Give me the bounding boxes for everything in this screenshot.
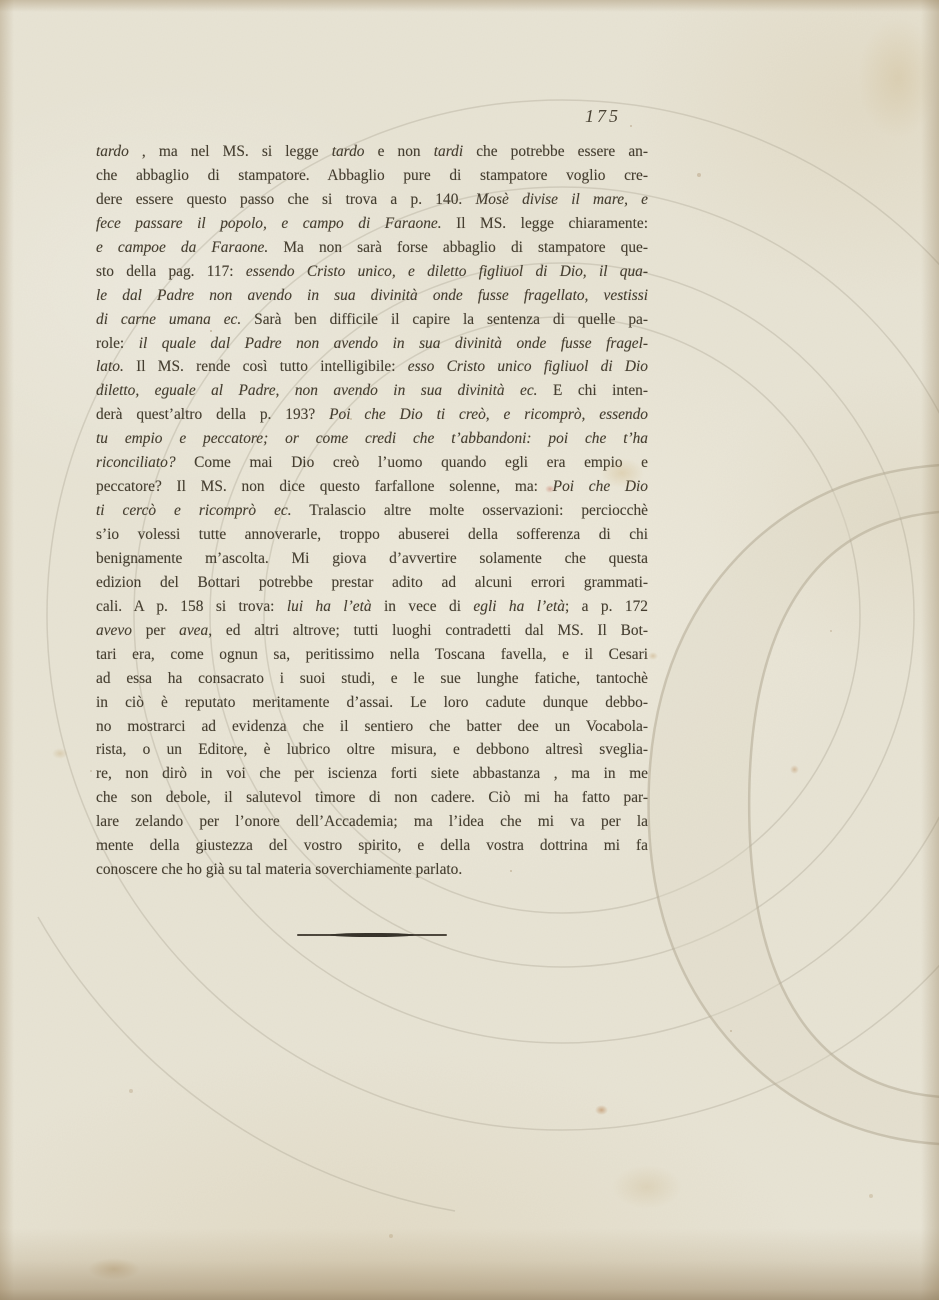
text-line: s’io volessi tutte annoverarle, troppo a… — [96, 523, 648, 547]
text-line: derà quest’altro della p. 193? Poi che D… — [96, 403, 648, 427]
foxing-specks — [210, 330, 212, 332]
paper-edge-bottom — [0, 1228, 939, 1300]
text-line: ad essa ha consacrato i suoi studi, e le… — [96, 667, 648, 691]
text-line: edizion del Bottari potrebbe prestar adi… — [96, 571, 648, 595]
stain — [612, 1165, 682, 1209]
text-line: benignamente m’ascolta. Mi giova d’avver… — [96, 547, 648, 571]
watermark-letter: C — [598, 372, 939, 1272]
text-line: no mostrarci ad evidenza che il sentiero… — [96, 715, 648, 739]
text-line: sto della pag. 117: essendo Cristo unico… — [96, 260, 648, 284]
text-line: cali. A p. 158 si trova: lui ha l’età in… — [96, 595, 648, 619]
stain — [88, 1258, 140, 1280]
text-line: lato. Il MS. rende così tutto intelligib… — [96, 355, 648, 379]
text-line: e campoe da Faraone. Ma non sarà forse a… — [96, 236, 648, 260]
text-line: role: il quale dal Padre non avendo in s… — [96, 332, 648, 356]
text-line: avevo per avea, ed altri altrove; tutti … — [96, 619, 648, 643]
text-line: le dal Padre non avendo in sua divinità … — [96, 284, 648, 308]
paper-edge-right — [921, 0, 939, 1300]
body-text: tardo , ma nel MS. si legge tardo e non … — [96, 140, 648, 882]
end-rule — [297, 931, 447, 939]
stain — [52, 748, 68, 759]
text-line: riconciliato? Come mai Dio creò l’uomo q… — [96, 451, 648, 475]
text-line: mente della giustezza del vostro spirito… — [96, 834, 648, 858]
book-page: C 175 tardo , ma nel MS. si legge tardo … — [0, 0, 939, 1300]
text-line: che son debole, il salutevol timore di n… — [96, 786, 648, 810]
text-line: tu empio e peccatore; or come credi che … — [96, 427, 648, 451]
page-number: 175 — [548, 106, 658, 127]
text-line: di carne umana ec. Sarà ben difficile il… — [96, 308, 648, 332]
text-line: ti cercò e ricomprò ec. Tralascio altre … — [96, 499, 648, 523]
text-line: che abbaglio di stampatore. Abbaglio pur… — [96, 164, 648, 188]
text-line: re, non dirò in voi che per iscienza for… — [96, 762, 648, 786]
stain — [790, 765, 799, 774]
paper-edge-left — [0, 0, 14, 1300]
stain — [595, 1105, 608, 1115]
text-line: peccatore? Il MS. non dice questo farfal… — [96, 475, 648, 499]
paper-edge-top — [0, 0, 939, 12]
stain — [648, 652, 658, 660]
text-line: rista, o un Editore, è lubrico oltre mis… — [96, 738, 648, 762]
text-line: lare zelando per l’onore dell’Accademia;… — [96, 810, 648, 834]
end-rule-bulge — [330, 933, 414, 938]
text-line: dere essere questo passo che si trova a … — [96, 188, 648, 212]
text-line: conoscere che ho già su tal materia sove… — [96, 858, 648, 882]
text-line: fece passare il popolo, e campo di Farao… — [96, 212, 648, 236]
text-line: tari era, come ognun sa, peritissimo nel… — [96, 643, 648, 667]
stain — [858, 18, 938, 138]
text-line: diletto, eguale al Padre, non avendo in … — [96, 379, 648, 403]
text-line: in ciò è reputato meritamente d’assai. L… — [96, 691, 648, 715]
text-line: tardo , ma nel MS. si legge tardo e non … — [96, 140, 648, 164]
